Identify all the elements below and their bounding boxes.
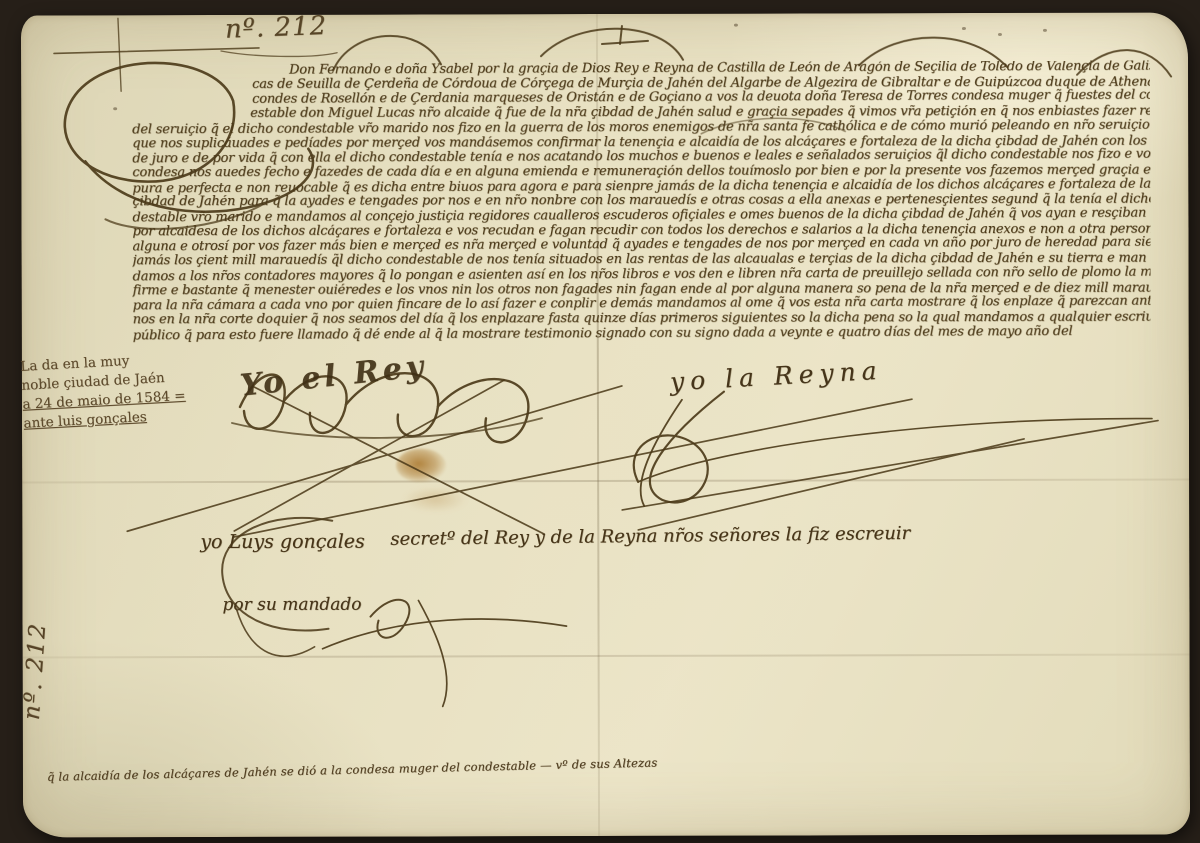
pen-line-vertical: [118, 18, 121, 91]
secretary-mandate-line: por su mandado: [222, 595, 361, 615]
foxing-speck: [962, 27, 966, 30]
king-signature: Yo el Rey: [239, 349, 429, 404]
rubric-diagonal-strokes: [127, 379, 1158, 538]
photo-of-manuscript: { "meta": { "document_kind": "Royal lett…: [0, 0, 1200, 843]
pen-line-horizontal: [54, 48, 259, 54]
ink-stain: [396, 448, 446, 482]
queen-signature: yo la Reyna: [669, 356, 883, 397]
cross-icon: [602, 41, 648, 44]
foxing-speck: [113, 107, 117, 110]
docket-summary-line: q̃ la alcaidía de los alcáçares de Jahén…: [47, 755, 658, 783]
underline-top-number: [221, 51, 337, 57]
foxing-speck: [1043, 29, 1047, 32]
manuscript-paper: nº. 212 Don Fernando e doña Ysabel por l…: [21, 12, 1190, 837]
foxing-speck: [734, 24, 738, 27]
foxing-speck: [998, 33, 1002, 36]
archive-number-top: nº. 212: [224, 11, 327, 45]
archive-number-side-vertical: nº. 212: [19, 621, 201, 731]
secretary-subscription: secretº del Rey y de la Reyna nr̃os seño…: [390, 523, 910, 550]
margin-note: La da en la muy noble çiudad de Jaén a 2…: [20, 349, 187, 434]
faint-stain: [402, 486, 468, 512]
secretary-name: yo Luys gonçales: [200, 531, 365, 553]
horizontal-fold-crease-upper: [22, 478, 1189, 483]
secretary-paraph: [322, 599, 566, 706]
cross-icon: [620, 26, 622, 44]
queen-signature-paraph: [634, 391, 1153, 506]
body-text-block: Don Fernando e doña Ysabel por la graçia…: [132, 61, 1151, 343]
